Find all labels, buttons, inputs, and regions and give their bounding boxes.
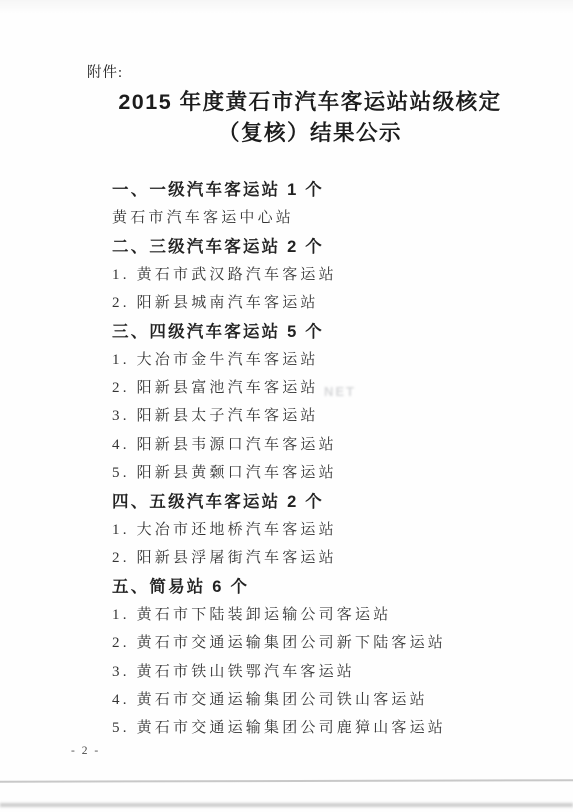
station-section: 二、三级汽车客运站 2 个 1. 黄石市武汉路汽车客运站 2. 阳新县城南汽车客…	[0, 231, 573, 316]
section-heading: 五、简易站 6 个	[112, 573, 249, 597]
scanned-document-page: 附件: 2015 年度黄石市汽车客运站站级核定 （复核）结果公示 一、一级汽车客…	[0, 0, 573, 812]
section-heading: 二、三级汽车客运站 2 个	[112, 233, 324, 257]
section-heading: 四、五级汽车客运站 2 个	[112, 488, 324, 512]
page-bottom-edge-line	[0, 779, 573, 783]
station-item: 5. 阳新县黄颡口汽车客运站	[112, 461, 337, 482]
watermark: NET	[246, 384, 356, 399]
station-item: 2. 阳新县浮屠街汽车客运站	[112, 546, 337, 567]
station-item: 4. 黄石市交通运输集团公司铁山客运站	[112, 688, 428, 709]
station-section: 一、一级汽车客运站 1 个 黄石市汽车客运中心站	[0, 174, 573, 231]
station-list: 一、一级汽车客运站 1 个 黄石市汽车客运中心站 二、三级汽车客运站 2 个 1…	[0, 174, 573, 741]
station-item: 1. 黄石市下陆装卸运输公司客运站	[112, 603, 391, 624]
station-item: 黄石市汽车客运中心站	[112, 206, 294, 227]
section-heading: 一、一级汽车客运站 1 个	[112, 176, 324, 200]
attachment-label: 附件:	[87, 61, 123, 82]
section-heading: 三、四级汽车客运站 5 个	[112, 318, 324, 342]
document-title-line-2: （复核）结果公示	[60, 118, 560, 149]
station-item: 2. 阳新县城南汽车客运站	[112, 291, 319, 312]
station-item: 3. 阳新县太子汽车客运站	[112, 404, 319, 425]
station-section: 五、简易站 6 个 1. 黄石市下陆装卸运输公司客运站 2. 黄石市交通运输集团…	[0, 571, 573, 741]
station-section: 三、四级汽车客运站 5 个 1. 大冶市金牛汽车客运站 2. 阳新县富池汽车客运…	[0, 316, 573, 486]
station-item: 4. 阳新县韦源口汽车客运站	[112, 433, 337, 454]
document-title: 2015 年度黄石市汽车客运站站级核定 （复核）结果公示	[60, 87, 560, 149]
station-section: 四、五级汽车客运站 2 个 1. 大冶市还地桥汽车客运站 2. 阳新县浮屠街汽车…	[0, 486, 573, 571]
station-item: 2. 黄石市交通运输集团公司新下陆客运站	[112, 631, 446, 652]
station-item: 1. 黄石市武汉路汽车客运站	[112, 263, 337, 284]
document-title-line-1: 2015 年度黄石市汽车客运站站级核定	[60, 87, 560, 118]
scan-top-tint	[0, 0, 573, 14]
station-item: 3. 黄石市铁山铁鄂汽车客运站	[112, 660, 355, 681]
station-item: 1. 大冶市还地桥汽车客运站	[112, 518, 337, 539]
station-item: 1. 大冶市金牛汽车客运站	[112, 348, 319, 369]
page-number: - 2 -	[71, 745, 100, 757]
scan-shadow-line	[0, 803, 573, 807]
station-item: 5. 黄石市交通运输集团公司鹿獐山客运站	[112, 716, 446, 737]
